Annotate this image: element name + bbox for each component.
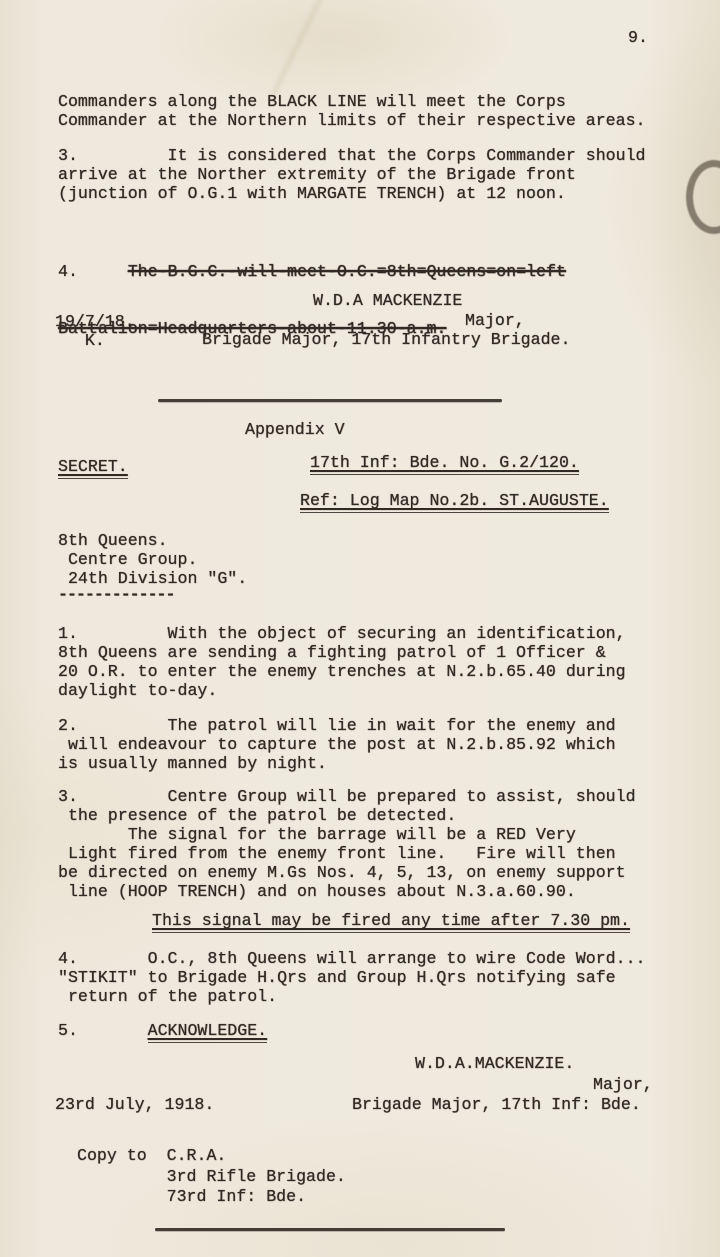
dashed-rule: -------------	[58, 585, 174, 604]
memo-signature-name: W.D.A MACKENZIE	[313, 291, 462, 310]
order-item-2: 2. The patrol will lie in wait for the e…	[58, 716, 616, 773]
order-item-5: 5. ACKNOWLEDGE.	[58, 1021, 267, 1040]
map-reference: Ref: Log Map No.2b. ST.AUGUSTE.	[300, 491, 609, 510]
order-item-1: 1. With the object of securing an identi…	[58, 624, 626, 700]
struck-text-1: The-B.G.C.-will-meet-O.C.=8th=Queens=on=…	[128, 262, 566, 281]
appendix-signature-title: Brigade Major, 17th Inf: Bde.	[352, 1095, 641, 1114]
memo-signature-rank: Major,	[465, 311, 525, 330]
item-5-number: 5.	[58, 1021, 148, 1040]
copy-to-block: Copy to C.R.A. 3rd Rifle Brigade. 73rd I…	[77, 1146, 346, 1208]
signal-note-text: This signal may be fired any time after …	[152, 911, 630, 933]
classification-label: SECRET.	[58, 457, 128, 476]
appendix-signature-name: W.D.A.MACKENZIE.	[415, 1054, 574, 1073]
address-block: 8th Queens. Centre Group. 24th Division …	[58, 531, 247, 588]
brigade-reference-text: 17th Inf: Bde. No. G.2/120.	[310, 453, 579, 475]
map-reference-text: Ref: Log Map No.2b. ST.AUGUSTE.	[300, 491, 609, 513]
appendix-signature-date: 23rd July, 1918.	[55, 1095, 214, 1114]
signal-note: This signal may be fired any time after …	[152, 911, 630, 930]
order-item-4: 4. O.C., 8th Queens will arrange to wire…	[58, 949, 646, 1006]
appendix-signature-rank: Major,	[593, 1075, 653, 1094]
classification-text: SECRET.	[58, 457, 128, 479]
order-item-3: 3. Centre Group will be prepared to assi…	[58, 787, 636, 901]
bottom-divider	[155, 1228, 505, 1231]
memo-item-3: 3. It is considered that the Corps Comma…	[58, 146, 646, 203]
memo-signature-title: Brigade Major, 17th Infantry Brigade.	[202, 330, 570, 349]
page-number: 9.	[628, 28, 648, 47]
memo-signature-date: 19/7/18. K.	[55, 312, 135, 350]
struck-line-1: 4. The-B.G.C.-will-meet-O.C.=8th=Queens=…	[58, 262, 566, 281]
brigade-reference: 17th Inf: Bde. No. G.2/120.	[310, 453, 579, 472]
acknowledge-label: ACKNOWLEDGE.	[148, 1021, 268, 1043]
memo-intro-paragraph: Commanders along the BLACK LINE will mee…	[58, 92, 646, 130]
item-4-number: 4.	[58, 262, 128, 281]
appendix-title: Appendix V	[245, 420, 345, 439]
section-divider	[158, 399, 502, 402]
